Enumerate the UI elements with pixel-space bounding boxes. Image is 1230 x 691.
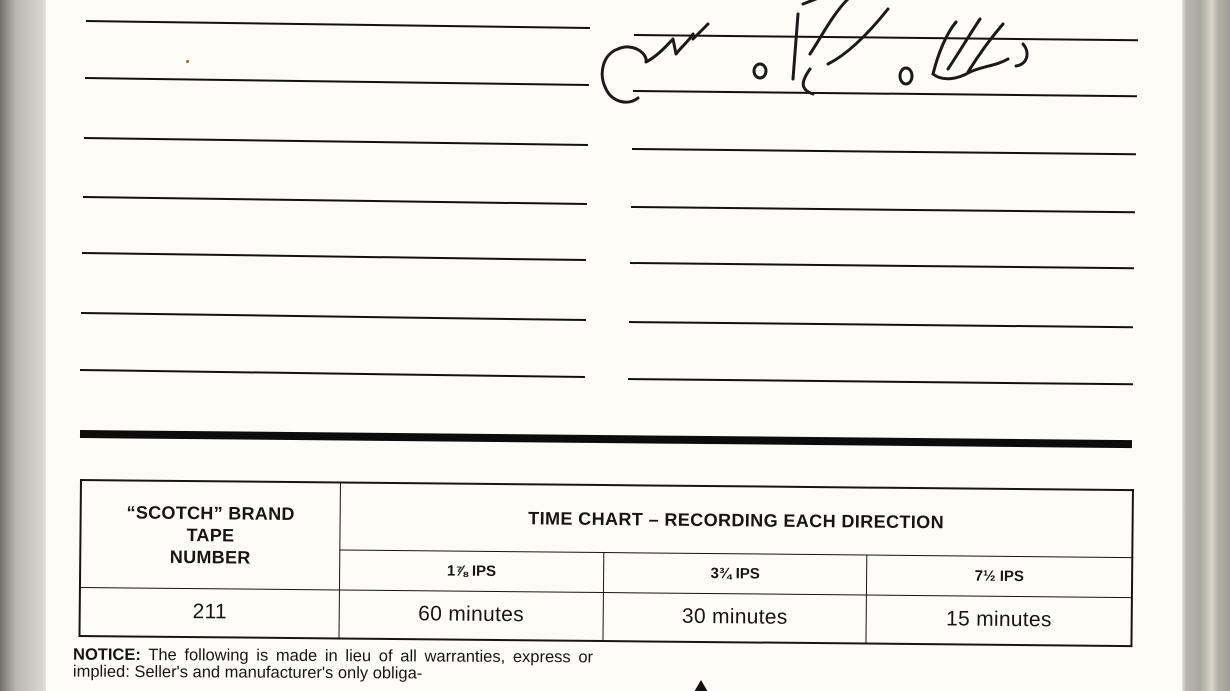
time-chart-header: TIME CHART – RECORDING EACH DIRECTION (340, 483, 1133, 558)
speed-header: 1⅞ IPS (339, 550, 603, 592)
brand-header-cell: “SCOTCH” BRAND TAPE NUMBER (80, 480, 341, 590)
speed-header: 3¾ IPS (603, 553, 867, 595)
duration-cell: 60 minutes (339, 590, 603, 641)
paper-speck (186, 60, 189, 63)
notice-label: NOTICE: (73, 646, 141, 664)
duration-cell: 15 minutes (866, 595, 1132, 646)
table-row: 211 60 minutes 30 minutes 15 minutes (79, 587, 1131, 646)
notice-text: The following is made in lieu of all war… (73, 646, 593, 682)
box-edge-right (1182, 0, 1230, 691)
brand-header-line: TAPE (81, 523, 339, 547)
tape-number-cell: 211 (79, 587, 339, 638)
duration-cell: 30 minutes (603, 592, 867, 643)
box-edge-left (0, 0, 46, 691)
handwritten-note (598, 0, 1098, 114)
brand-header-line: NUMBER (81, 545, 339, 569)
warranty-notice: NOTICE: The following is made in lieu of… (73, 647, 593, 684)
brand-header-line: “SCOTCH” BRAND (82, 501, 340, 525)
speed-header: 7½ IPS (867, 555, 1132, 597)
time-chart-table: “SCOTCH” BRAND TAPE NUMBER TIME CHART – … (78, 479, 1133, 647)
arrow-up-icon (694, 680, 708, 691)
